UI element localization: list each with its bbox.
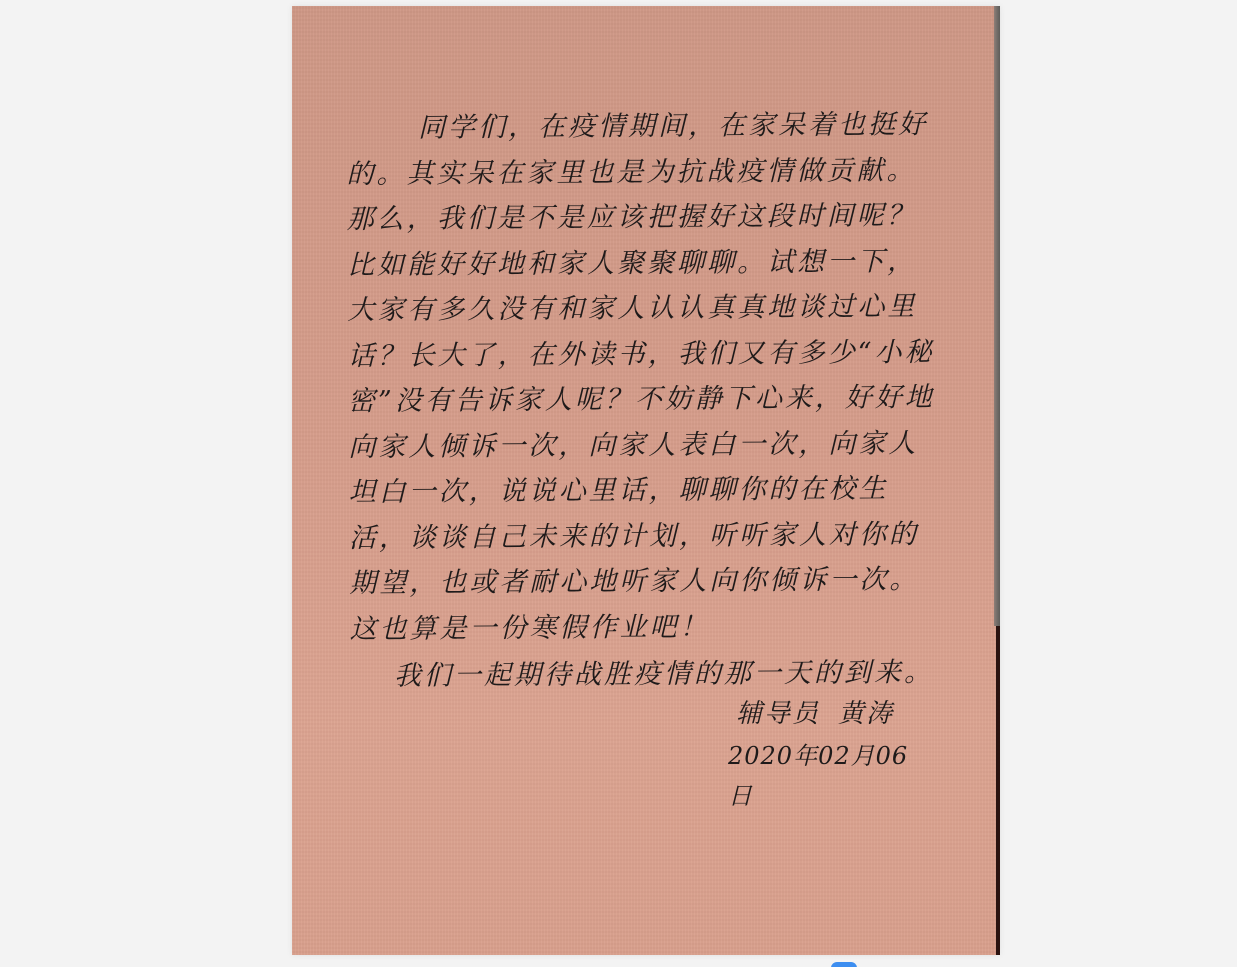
signature-date: 2020年02月06日 — [728, 736, 928, 816]
image-viewer: 同学们，在疫情期间，在家呆着也挺好的。其实呆在家里也是为抗战疫情做贡献。那么，我… — [0, 0, 1237, 967]
signature-role: 辅导员 — [736, 699, 820, 729]
letter-paragraph: 同学们，在疫情期间，在家呆着也挺好的。其实呆在家里也是为抗战疫情做贡献。那么，我… — [346, 102, 940, 652]
signature-block: 辅导员黄涛 2020年02月06日 — [728, 692, 928, 816]
signature-role-line: 辅导员黄涛 — [728, 692, 928, 736]
photo-edge-shadow — [994, 6, 1000, 626]
signature-name: 黄涛 — [838, 699, 894, 729]
viewer-toolbar-handle[interactable] — [831, 962, 857, 967]
letter-photo: 同学们，在疫情期间，在家呆着也挺好的。其实呆在家里也是为抗战疫情做贡献。那么，我… — [292, 6, 1000, 955]
photo-edge-dark — [996, 626, 1000, 955]
letter-body: 同学们，在疫情期间，在家呆着也挺好的。其实呆在家里也是为抗战疫情做贡献。那么，我… — [346, 102, 940, 700]
